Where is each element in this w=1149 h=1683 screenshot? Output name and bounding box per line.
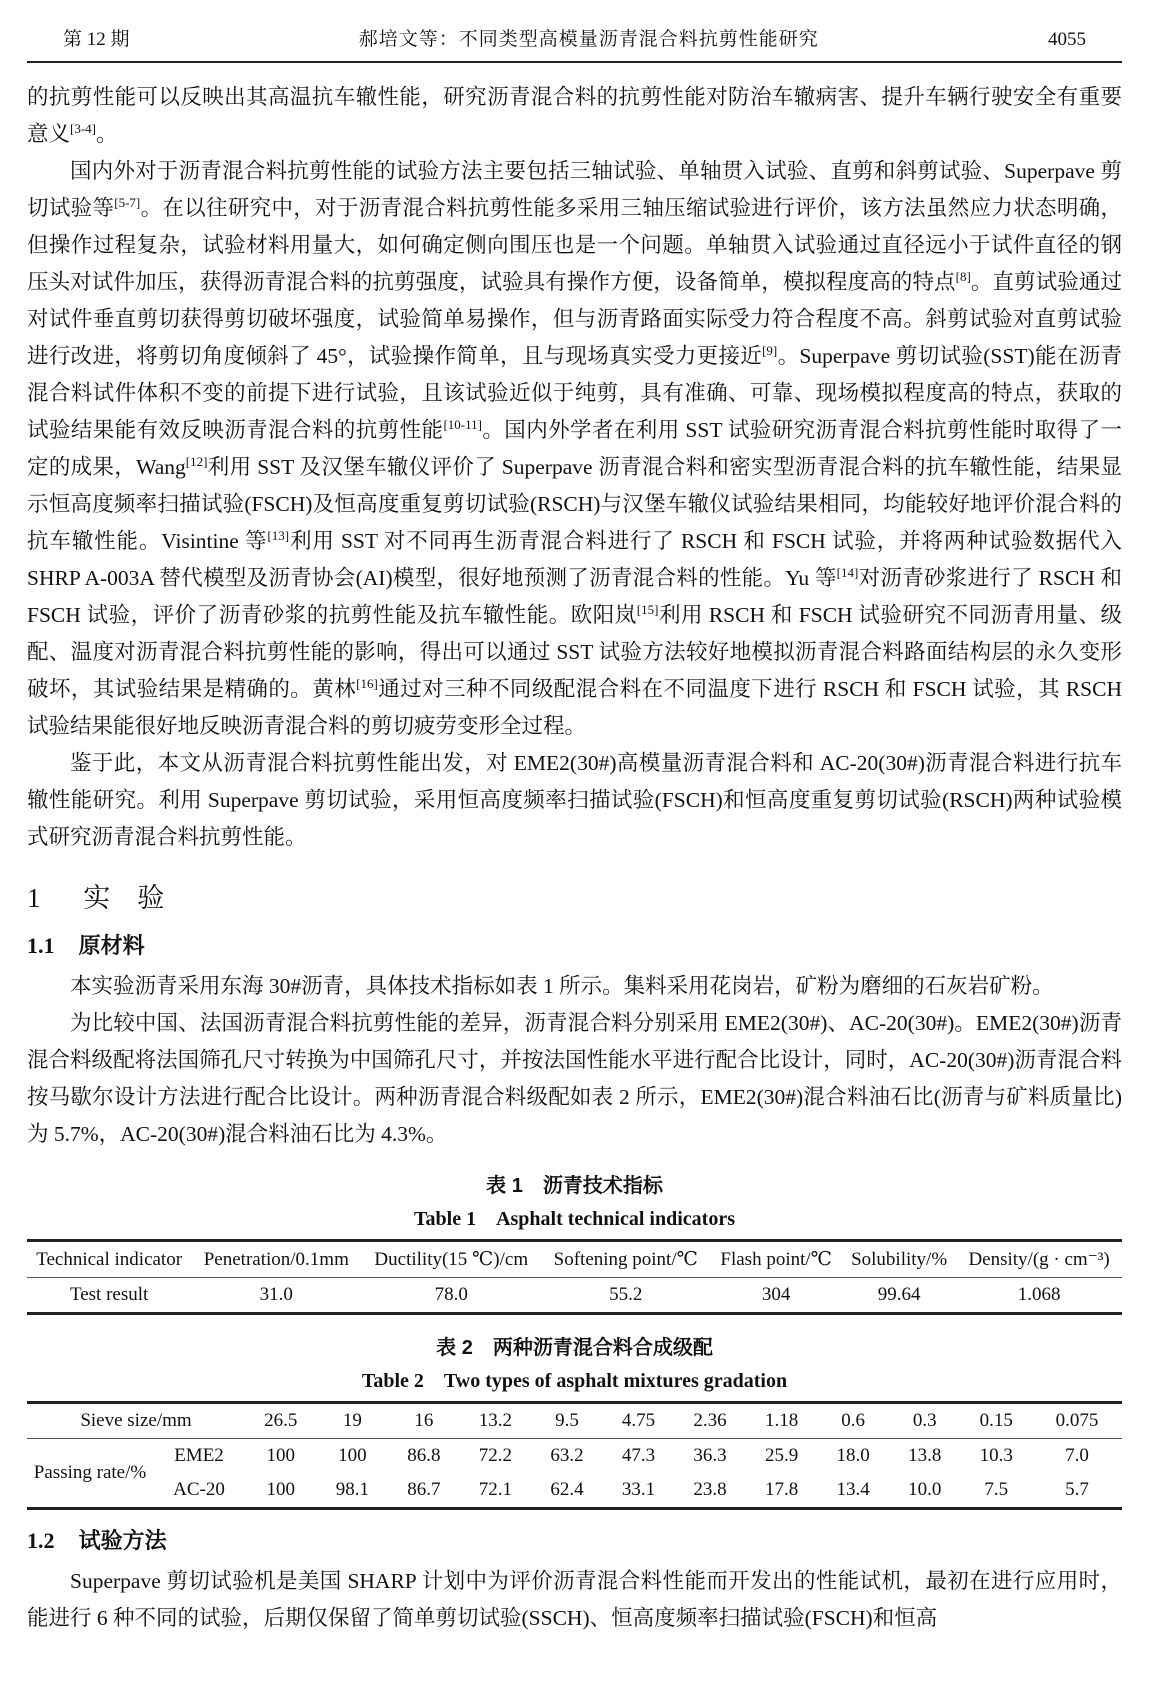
table-cell: 72.1: [460, 1473, 532, 1509]
table-cell: 26.5: [245, 1403, 317, 1439]
table-cell: 5.7: [1032, 1473, 1122, 1509]
table-cell: 16: [388, 1403, 460, 1439]
journal-issue: 第 12 期: [63, 24, 130, 51]
citation-superscript: [12]: [186, 454, 208, 469]
table-cell: 0.15: [960, 1403, 1032, 1439]
table-header-row: Technical indicator Penetration/0.1mm Du…: [27, 1241, 1122, 1278]
section-1-2-heading: 1.2 试验方法: [27, 1524, 1122, 1555]
table-cell: 63.2: [531, 1439, 603, 1474]
table-cell: 0.075: [1032, 1403, 1122, 1439]
column-header: Softening point/℃: [541, 1241, 710, 1278]
table-cell: 4.75: [603, 1403, 675, 1439]
column-header: Density/(g · cm⁻³): [956, 1241, 1122, 1278]
table-cell: 7.5: [960, 1473, 1032, 1509]
table-cell: 98.1: [317, 1473, 389, 1509]
table-cell: 304: [710, 1278, 842, 1314]
citation-superscript: [13]: [267, 528, 289, 543]
table-cell: 13.4: [817, 1473, 889, 1509]
column-header: Solubility/%: [842, 1241, 956, 1278]
table-cell: 13.8: [889, 1439, 961, 1474]
journal-page: 第 12 期 郝培文等：不同类型高模量沥青混合料抗剪性能研究 4055 的抗剪性…: [0, 0, 1149, 1683]
citation-superscript: [8]: [956, 269, 971, 284]
section-1-number: 1: [27, 883, 41, 913]
page-number: 4055: [1048, 29, 1086, 51]
table-cell: 55.2: [541, 1278, 710, 1314]
table-cell: 2.36: [674, 1403, 746, 1439]
citation-superscript: [15]: [637, 602, 659, 617]
row-label: Test result: [27, 1278, 191, 1314]
table-cell: 18.0: [817, 1439, 889, 1474]
running-title: 郝培文等：不同类型高模量沥青混合料抗剪性能研究: [130, 24, 1048, 51]
citation-superscript: [3-4]: [70, 121, 96, 136]
section-1-title: 实 验: [83, 883, 164, 913]
table-cell: 86.8: [388, 1439, 460, 1474]
table-cell: 99.64: [842, 1278, 956, 1314]
table-cell: 72.2: [460, 1439, 532, 1474]
table-cell: 33.1: [603, 1473, 675, 1509]
table-cell: 100: [317, 1439, 389, 1474]
table1-caption-zh: 表 1 沥青技术指标: [27, 1169, 1122, 1198]
table-cell: 0.6: [817, 1403, 889, 1439]
table-cell: 17.8: [746, 1473, 818, 1509]
section-1-2-number: 1.2: [27, 1528, 55, 1553]
sieve-size-row: Sieve size/mm 26.5 19 16 13.2 9.5 4.75 2…: [27, 1403, 1122, 1439]
table-cell: 13.2: [460, 1403, 532, 1439]
row-label: Passing rate/%: [27, 1439, 153, 1509]
table-cell: 100: [245, 1473, 317, 1509]
table-cell: 10.0: [889, 1473, 961, 1509]
series-label: EME2: [153, 1439, 245, 1474]
section-1-2-title: 试验方法: [79, 1528, 167, 1553]
paragraph-test-method: Superpave 剪切试验机是美国 SHARP 计划中为评价沥青混合料性能而开…: [27, 1563, 1122, 1637]
table-cell: 10.3: [960, 1439, 1032, 1474]
page-header: 第 12 期 郝培文等：不同类型高模量沥青混合料抗剪性能研究 4055: [27, 22, 1122, 63]
citation-superscript: [16]: [356, 676, 378, 691]
table-cell: 7.0: [1032, 1439, 1122, 1474]
gradation-table: Sieve size/mm 26.5 19 16 13.2 9.5 4.75 2…: [27, 1401, 1122, 1510]
section-1-heading: 1 实 验: [27, 876, 1122, 915]
table-cell: 9.5: [531, 1403, 603, 1439]
table-cell: 78.0: [361, 1278, 541, 1314]
table2-caption-en: Table 2 Two types of asphalt mixtures gr…: [27, 1364, 1122, 1393]
passing-rate-row-ac20: AC-20 100 98.1 86.7 72.1 62.4 33.1 23.8 …: [27, 1473, 1122, 1509]
table1-caption-en: Table 1 Asphalt technical indicators: [27, 1202, 1122, 1231]
column-header: Penetration/0.1mm: [191, 1241, 361, 1278]
table2-caption-zh: 表 2 两种沥青混合料合成级配: [27, 1331, 1122, 1360]
table-cell: 47.3: [603, 1439, 675, 1474]
section-1-1-title: 原材料: [79, 933, 145, 958]
paragraph-research-purpose: 鉴于此，本文从沥青混合料抗剪性能出发，对 EME2(30#)高模量沥青混合料和 …: [27, 745, 1122, 856]
paragraph-intro: 的抗剪性能可以反映出其高温抗车辙性能，研究沥青混合料的抗剪性能对防治车辙病害、提…: [27, 79, 1122, 153]
table-cell: 1.068: [956, 1278, 1122, 1314]
citation-superscript: [14]: [837, 565, 859, 580]
column-header: Ductility(15 ℃)/cm: [361, 1241, 541, 1278]
citation-superscript: [10-11]: [443, 417, 482, 432]
column-header: Technical indicator: [27, 1241, 191, 1278]
table-cell: 100: [245, 1439, 317, 1474]
series-label: AC-20: [153, 1473, 245, 1509]
row-label: Sieve size/mm: [27, 1403, 245, 1439]
paragraph-gradation-design: 为比较中国、法国沥青混合料抗剪性能的差异，沥青混合料分别采用 EME2(30#)…: [27, 1005, 1122, 1153]
table-cell: 25.9: [746, 1439, 818, 1474]
passing-rate-row-eme2: Passing rate/% EME2 100 100 86.8 72.2 63…: [27, 1439, 1122, 1474]
table-cell: 62.4: [531, 1473, 603, 1509]
citation-superscript: [5-7]: [114, 195, 140, 210]
table-cell: 31.0: [191, 1278, 361, 1314]
paragraph-raw-materials: 本实验沥青采用东海 30#沥青，具体技术指标如表 1 所示。集料采用花岗岩，矿粉…: [27, 968, 1122, 1005]
table-cell: 1.18: [746, 1403, 818, 1439]
table-cell: 0.3: [889, 1403, 961, 1439]
table-cell: 36.3: [674, 1439, 746, 1474]
section-1-1-heading: 1.1 原材料: [27, 929, 1122, 960]
table-cell: 19: [317, 1403, 389, 1439]
citation-superscript: [9]: [762, 343, 777, 358]
table-cell: 86.7: [388, 1473, 460, 1509]
table-cell: 23.8: [674, 1473, 746, 1509]
section-1-1-number: 1.1: [27, 933, 55, 958]
asphalt-indicators-table: Technical indicator Penetration/0.1mm Du…: [27, 1239, 1122, 1315]
column-header: Flash point/℃: [710, 1241, 842, 1278]
paragraph-literature-review: 国内外对于沥青混合料抗剪性能的试验方法主要包括三轴试验、单轴贯入试验、直剪和斜剪…: [27, 153, 1122, 745]
table-row: Test result 31.0 78.0 55.2 304 99.64 1.0…: [27, 1278, 1122, 1314]
